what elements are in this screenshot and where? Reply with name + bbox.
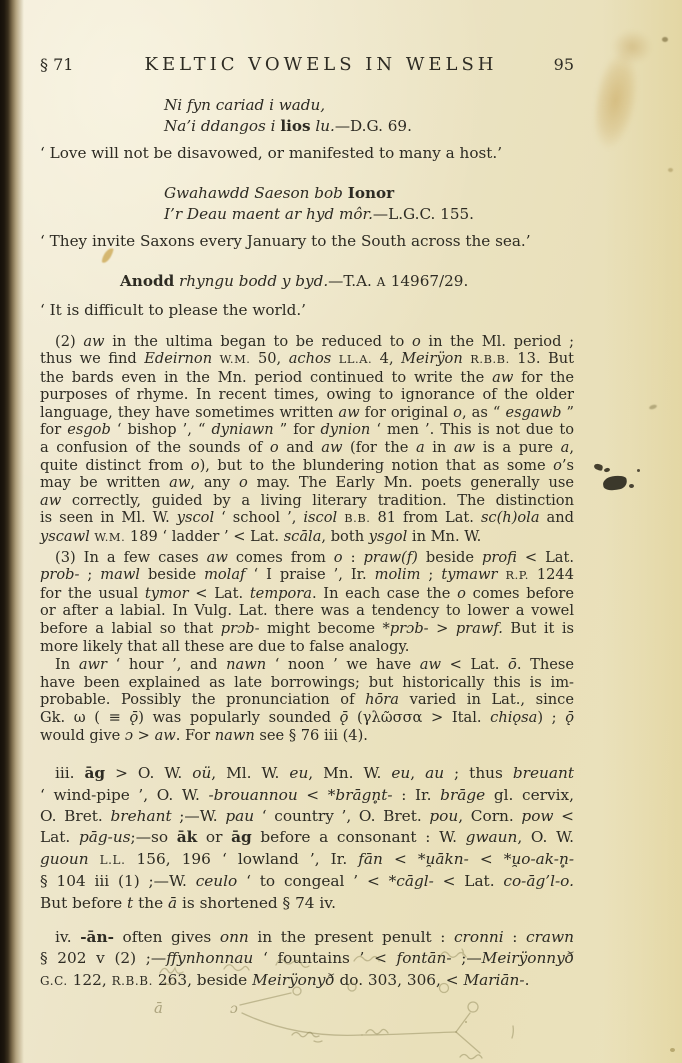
paragraph-iii-line: ‘ wind-pipe ’, O. W. -brouannou < *brāgn…	[40, 785, 574, 806]
paragraph-3-line: or after a labial. In Vulg. Lat. there w…	[40, 602, 574, 620]
paragraph-awr-line: have been explained as late borrowings; …	[40, 674, 574, 692]
pencil-line	[512, 1026, 513, 1038]
paragraph-2-line: the bards even in the Mn. period continu…	[40, 369, 574, 387]
pencil-scribble-word	[354, 956, 379, 961]
pencil-annotations: ā ɔ	[70, 943, 682, 1063]
pencil-line	[242, 1013, 362, 1035]
paragraph-2-line: (2) aw in the ultima began to be reduced…	[40, 333, 574, 351]
translation-3: ‘ It is difficult to please the world.’	[40, 300, 574, 320]
pencil-scribble-word	[224, 965, 249, 971]
pencil-line	[456, 1013, 470, 1032]
running-head: § 71 KELTIC VOWELS IN WELSH 95	[40, 54, 574, 75]
book-page: § 71 KELTIC VOWELS IN WELSH 95 Ni fyn ca…	[0, 0, 682, 1063]
paragraph-3-line: more likely that all these are due to fa…	[40, 638, 574, 656]
paragraph-awr-line: would give ɔ > aw. For nawn see § 76 iii…	[40, 727, 574, 745]
paragraph-3-line: before a labial so that prɔb- might beco…	[40, 620, 574, 638]
paragraph-2-line: a confusion of the sounds of o and aw (f…	[40, 439, 574, 457]
paragraph-3-line: prob- ; mawl beside molaf ‘ I praise ’, …	[40, 566, 574, 585]
paragraph-iii-line: § 104 iii (1) ;—W. ceulo ‘ to congeal ’ …	[40, 871, 574, 892]
paragraph-3-line: (3) In a few cases aw comes from o : pra…	[40, 549, 574, 567]
paragraph-2-line: may be written aw, any o may. The Early …	[40, 474, 574, 492]
paragraph-iii-line: O. Bret. brehant ;—W. pau ‘ country ’, O…	[40, 806, 574, 827]
pencil-o-circle	[293, 987, 301, 995]
page-number: 95	[514, 55, 574, 74]
verse-quote-2-line: Gwahawdd Saeson bob Ionor	[164, 183, 682, 204]
paragraph-awr-line: probable. Possibly the pronunciation of …	[40, 691, 574, 709]
paragraph-iii-line: iii. āg > O. W. oü, Ml. W. eu, Mn. W. eu…	[40, 763, 574, 784]
paragraph-3-line: for the usual tymor < Lat. tempora. In e…	[40, 585, 574, 603]
paragraph-2-line: quite distinct from o), but to the blund…	[40, 457, 574, 475]
translation-2-line: ‘ They invite Saxons every January to th…	[40, 231, 574, 251]
paragraph-awr-line: In awr ‘ hour ’, and nawn ‘ noon ’ we ha…	[40, 656, 574, 674]
paragraph-2-line: yscawl W.M. 189 ‘ ladder ’ < Lat. scāla,…	[40, 528, 574, 547]
verse-quote-1-line: Ni fyn cariad i wadu,	[164, 95, 682, 116]
pencil-label-a-macron: ā	[154, 999, 163, 1017]
verse-quote-2-line: I’r Deau maent ar hyd môr.—L.G.C. 155.	[164, 204, 682, 225]
paragraph-2-line: aw correctly, guided by a living literar…	[40, 492, 574, 510]
paragraph-2-line: for esgob ‘ bishop ’, “ dyniawn ” for dy…	[40, 421, 574, 439]
verse-quote-2: Gwahawdd Saeson bob IonorI’r Deau maent …	[164, 183, 682, 224]
paragraph-3: (3) In a few cases aw comes from o : pra…	[40, 549, 574, 656]
pencil-o-circle	[440, 984, 449, 993]
verse-quote-1: Ni fyn cariad i wadu,Na’i ddangos i lios…	[164, 95, 682, 136]
paragraph-awr-line: Gk. ω ( ≡ ǭ) was popularly sounded ǭ (γλ…	[40, 709, 574, 727]
paragraph-2-line: is seen in Ml. W. yscol ‘ school ’, isco…	[40, 509, 574, 528]
verse-quote-1-line: Na’i ddangos i lios lu.—D.G. 69.	[164, 116, 682, 137]
paragraph-iii: iii. āg > O. W. oü, Ml. W. eu, Mn. W. eu…	[40, 763, 574, 914]
pencil-scribble-word	[440, 949, 466, 957]
running-title: KELTIC VOWELS IN WELSH	[128, 54, 514, 75]
pencil-scribble-word	[160, 968, 183, 985]
verse-quote-3-line: Anodd rhyngu bodd y byd.—T.A. A 14967/29…	[120, 271, 654, 293]
translation-2: ‘ They invite Saxons every January to th…	[40, 231, 574, 251]
translation-1-line: ‘ Love will not be disavowed, or manifes…	[40, 143, 574, 163]
paragraph-2-line: purposes of rhyme. In recent times, owin…	[40, 386, 574, 404]
paragraph-2-line: thus we find Edeirnon W.M. 50, achos LL.…	[40, 350, 574, 369]
pencil-scribble-word	[366, 1029, 388, 1033]
pencil-line	[240, 993, 291, 1005]
paragraph-iii-line: Lat. pāg-us;—so āk or āg before a conson…	[40, 827, 574, 848]
translation-1: ‘ Love will not be disavowed, or manifes…	[40, 143, 574, 163]
pencil-scribble-word	[460, 1055, 482, 1059]
paragraph-iii-line: But before t the ā is shortened § 74 iv.	[40, 893, 574, 914]
pencil-o-circle	[348, 983, 356, 991]
verse-quote-3: Anodd rhyngu bodd y byd.—T.A. A 14967/29…	[120, 271, 654, 293]
paragraph-iii-line: guoun L.L. 156, 196 ‘ lowland ’, Ir. fān…	[40, 849, 574, 871]
paragraph-2: (2) aw in the ultima began to be reduced…	[40, 333, 574, 547]
paragraph-2-line: language, they have sometimes written aw…	[40, 404, 574, 422]
page-content: § 71 KELTIC VOWELS IN WELSH 95 Ni fyn ca…	[0, 0, 682, 992]
pencil-o-circle	[468, 1002, 478, 1012]
pencil-scribble-word	[276, 960, 309, 968]
pencil-dot	[465, 1021, 467, 1023]
paragraph-awr: In awr ‘ hour ’, and nawn ‘ noon ’ we ha…	[40, 656, 574, 744]
section-number: § 71	[40, 55, 128, 74]
page-body: Ni fyn cariad i wadu,Na’i ddangos i lios…	[40, 95, 572, 992]
pencil-label-open-o: ɔ	[230, 1001, 238, 1017]
translation-3-line: ‘ It is difficult to please the world.’	[40, 300, 574, 320]
pencil-line	[456, 1032, 480, 1053]
